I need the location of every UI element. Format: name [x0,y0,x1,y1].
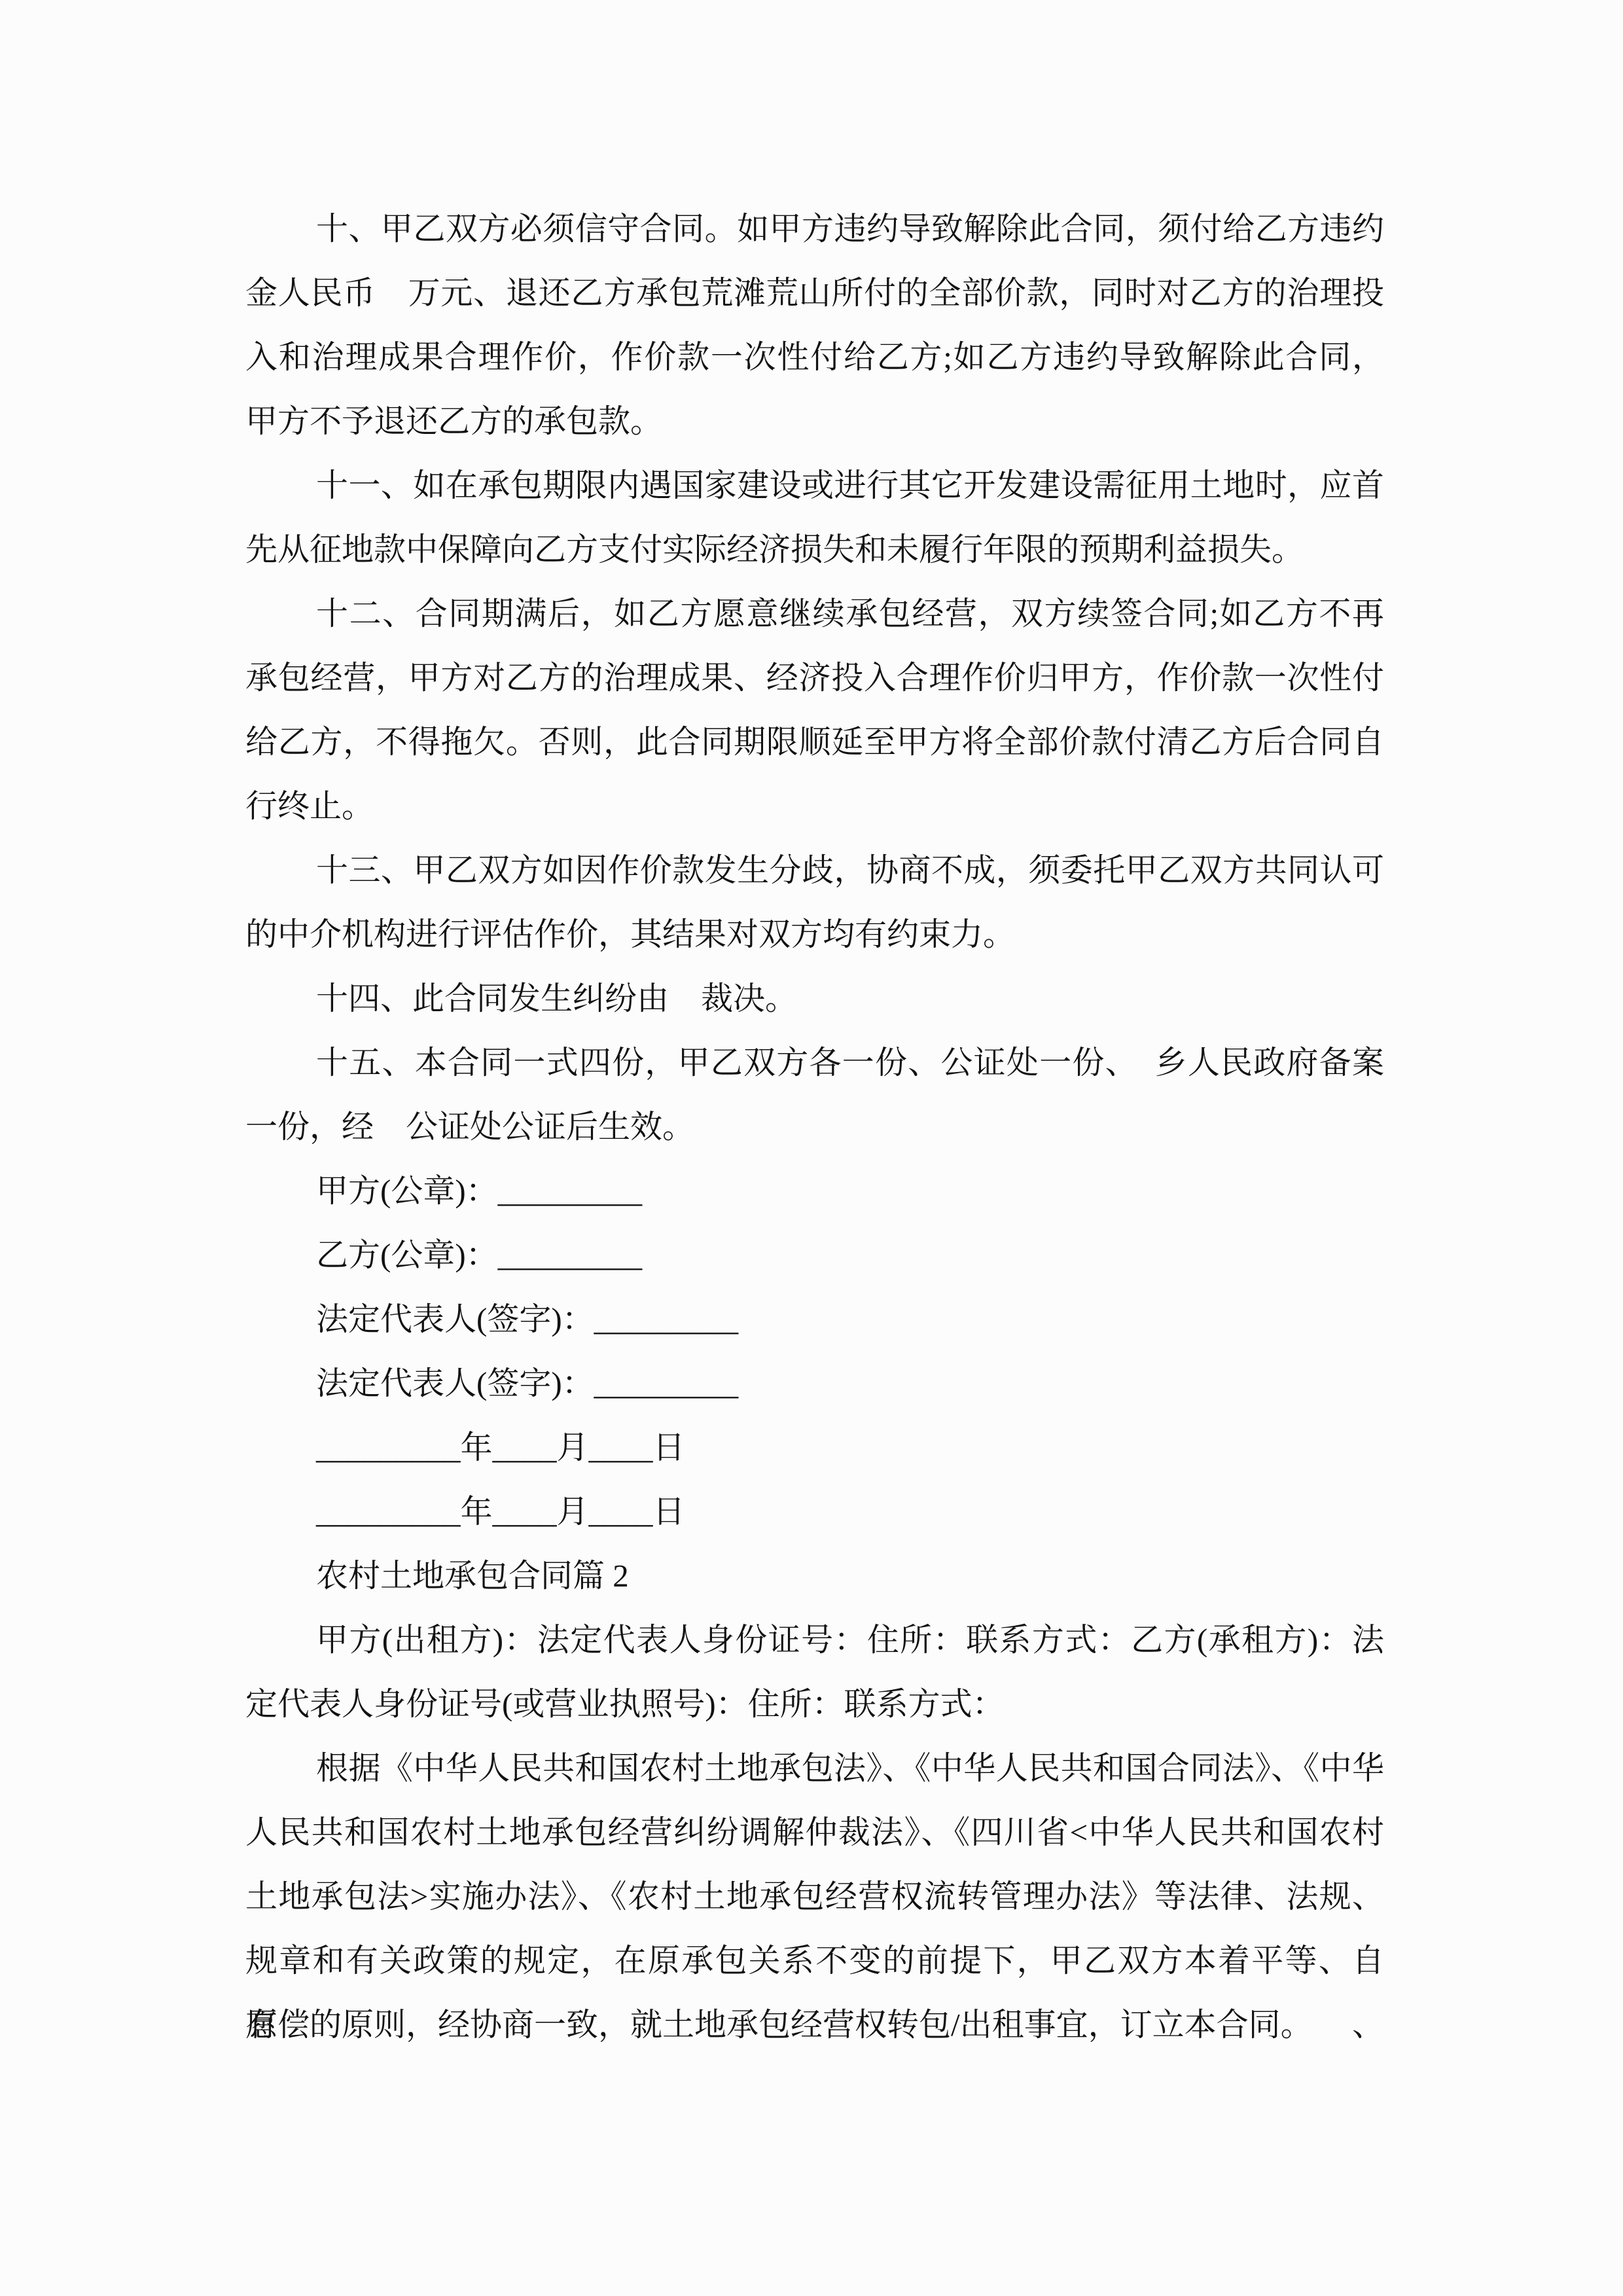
text-line: 定代表人身份证号(或营业执照号)：住所：联系方式： [245,1672,1384,1736]
text-line: 人民共和国农村土地承包经营纠纷调解仲裁法》、《四川省<中华人民共和国农村 [245,1801,1384,1865]
text-line: 给乙方，不得拖欠。否则，此合同期限顺延至甲方将全部价款付清乙方后合同自 [245,710,1384,774]
text-line: 金人民币 万元、退还乙方承包荒滩荒山所付的全部价款，同时对乙方的治理投 [245,261,1384,325]
text-line: 的中介机构进行评估作价，其结果对双方均有约束力。 [245,903,1384,967]
text-line: 甲方(公章)：_________ [245,1159,1384,1223]
text-line: 十一、如在承包期限内遇国家建设或进行其它开发建设需征用土地时，应首 [245,454,1384,518]
text-line: 十二、合同期满后，如乙方愿意继续承包经营，双方续签合同;如乙方不再 [245,582,1384,646]
text-line: 规章和有关政策的规定，在原承包关系不变的前提下，甲乙双方本着平等、自愿、 [245,1929,1384,1993]
text-line: 根据《中华人民共和国农村土地承包法》、《中华人民共和国合同法》、《中华 [245,1736,1384,1801]
text-line: 有偿的原则，经协商一致，就土地承包经营权转包/出租事宜，订立本合同。 [245,1993,1384,2057]
text-line: 十五、本合同一式四份，甲乙双方各一份、公证处一份、 乡人民政府备案 [245,1031,1384,1095]
text-line: 先从征地款中保障向乙方支付实际经济损失和未履行年限的预期利益损失。 [245,518,1384,582]
section-heading: 农村土地承包合同篇 2 [245,1544,1384,1608]
text-line: 土地承包法>实施办法》、《农村土地承包经营权流转管理办法》等法律、法规、 [245,1865,1384,1929]
text-line: 承包经营，甲方对乙方的治理成果、经济投入合理作价归甲方，作价款一次性付 [245,646,1384,710]
text-line: 乙方(公章)：_________ [245,1223,1384,1287]
text-line: 十三、甲乙双方如因作价款发生分歧，协商不成，须委托甲乙双方共同认可 [245,838,1384,903]
document-lines: 十、甲乙双方必须信守合同。如甲方违约导致解除此合同，须付给乙方违约金人民币 万元… [245,197,1384,2057]
text-line: _________年____月____日 [245,1480,1384,1544]
text-line: 法定代表人(签字)：_________ [245,1287,1384,1352]
text-line: 甲方(出租方)：法定代表人身份证号：住所：联系方式：乙方(承租方)：法 [245,1608,1384,1672]
text-line: 法定代表人(签字)：_________ [245,1352,1384,1416]
document-content: 十、甲乙双方必须信守合同。如甲方违约导致解除此合同，须付给乙方违约金人民币 万元… [245,197,1384,2057]
document-page: 十、甲乙双方必须信守合同。如甲方违约导致解除此合同，须付给乙方违约金人民币 万元… [0,0,1623,2296]
text-line: _________年____月____日 [245,1416,1384,1480]
text-line: 甲方不予退还乙方的承包款。 [245,389,1384,454]
text-line: 十四、此合同发生纠纷由 裁决。 [245,967,1384,1031]
text-line: 十、甲乙双方必须信守合同。如甲方违约导致解除此合同，须付给乙方违约 [245,197,1384,261]
text-line: 入和治理成果合理作价，作价款一次性付给乙方;如乙方违约导致解除此合同， [245,325,1384,389]
text-line: 行终止。 [245,774,1384,838]
text-line: 一份，经 公证处公证后生效。 [245,1095,1384,1159]
